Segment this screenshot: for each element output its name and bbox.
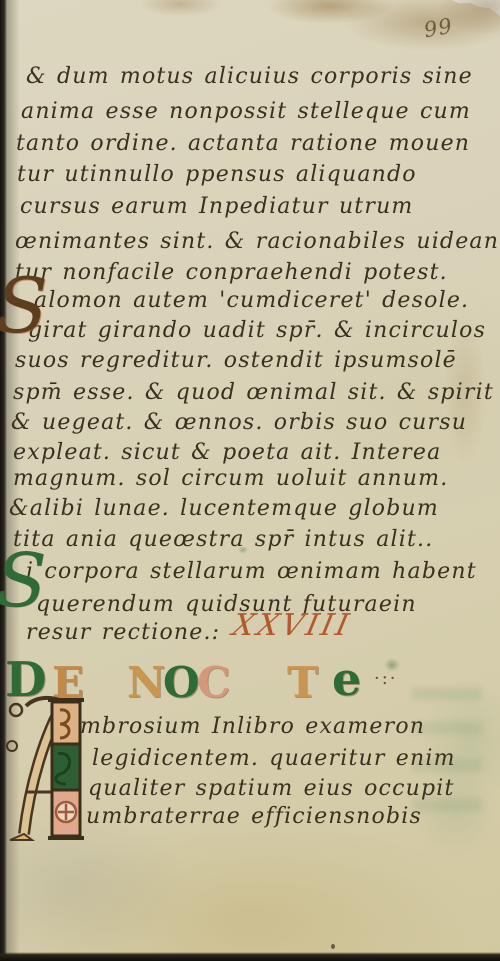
heading-dots: ·:· — [374, 668, 398, 689]
text-line: expleat. sicut & poeta ait. Interea — [13, 440, 441, 465]
page-bottom-edge — [0, 952, 500, 961]
text-line: girat girando uadit spr̄. & incirculos — [28, 318, 486, 343]
text-line: magnum. sol circum uoluit annum. — [13, 466, 448, 491]
heading-letter: C — [197, 662, 230, 704]
text-line: cursus earum Inpediatur utrum — [20, 194, 414, 219]
manuscript-page: 99 & dum motus alicuius corporis sine an… — [0, 0, 500, 961]
text-line: tur nonfacile conpraehendi potest. — [15, 260, 448, 285]
ink-speck — [331, 944, 335, 949]
text-line: tanto ordine. actanta ratione mouen — [16, 131, 470, 156]
heading-letter: T — [287, 662, 318, 704]
text-line: tur utinnullo ppensus aliquando — [17, 162, 417, 187]
heading-letter: e — [332, 656, 361, 702]
text-line: & uegeat. & œnnos. orbis suo cursu — [11, 410, 467, 435]
heading-letter: O — [163, 662, 200, 704]
text-line: mbrosium Inlibro exameron — [80, 714, 425, 739]
heading-letter: N — [127, 662, 165, 704]
chapter-number: XXVIII — [229, 608, 354, 643]
corner-stain — [410, 0, 500, 70]
initial-s-salomon: S — [0, 268, 48, 344]
text-line: suos regreditur. ostendit ipsumsolē — [15, 348, 457, 373]
text-line: alomon autem 'cumdiceret' desole. — [34, 288, 469, 313]
text-line: qualiter spatium eius occupit — [88, 776, 455, 801]
initial-s-si: S — [0, 544, 47, 618]
text-line: querendum quidsunt futuraein — [36, 592, 417, 617]
initial-a-ambrosium — [2, 694, 90, 842]
text-line: legidicentem. quaeritur enim — [92, 746, 456, 771]
text-line: œnimantes sint. & racionabiles uidean — [15, 229, 499, 254]
text-line: anima esse nonpossit stelleque cum — [21, 99, 471, 124]
text-line: tita ania queœstra spr̄ intus alit.. — [13, 527, 433, 552]
text-line: i corpora stellarum œnimam habent — [26, 559, 477, 584]
text-line: umbraterrae efficiensnobis — [86, 804, 422, 829]
folio-number: 99 — [422, 14, 454, 43]
text-line: spm̄ esse. & quod œnimal sit. & spirit — [13, 380, 494, 405]
text-line: resur rectione.: — [26, 620, 220, 645]
text-line: &alibi lunae. lucentemque globum — [9, 496, 439, 521]
text-line: & dum motus alicuius corporis sine — [26, 64, 473, 89]
